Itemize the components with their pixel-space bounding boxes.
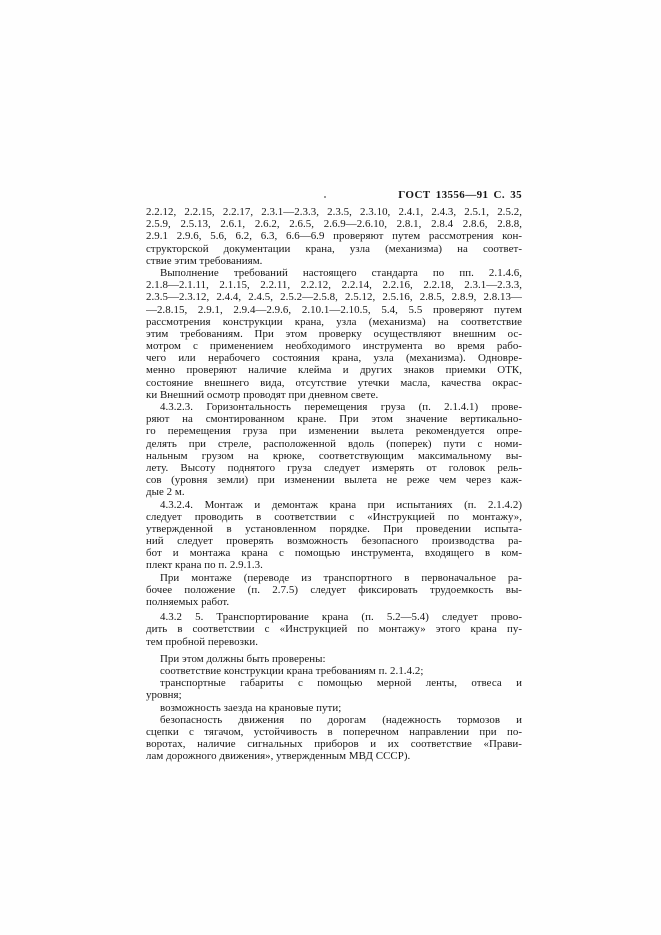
paragraph: возможность заезда на крановые пути; — [146, 702, 522, 714]
text-line: полняемых работ. — [146, 596, 522, 608]
text-line: 4.3.2.4. Монтаж и демонтаж крана при исп… — [146, 499, 522, 511]
text-line: При монтаже (переводе из транспортного в… — [146, 572, 522, 584]
paragraph: При монтаже (переводе из транспортного в… — [146, 572, 522, 609]
paragraph: 4.3.2.4. Монтаж и демонтаж крана при исп… — [146, 499, 522, 572]
text-line: 4.3.2 5. Транспортирование крана (п. 5.2… — [146, 611, 522, 623]
text-line: ряют на смонтированном кране. При этом з… — [146, 413, 522, 425]
text-line: Выполнение требований настоящего стандар… — [146, 267, 522, 279]
text-line: рассмотрения конструкции крана, узла (ме… — [146, 316, 522, 328]
paragraph: 2.2.12, 2.2.15, 2.2.17, 2.3.1—2.3.3, 2.3… — [146, 206, 522, 267]
text-line: 2.3.5—2.3.12, 2.4.4, 2.4.5, 2.5.2—2.5.8,… — [146, 291, 522, 303]
page-header: ГОСТ 13556—91 С. 35 — [146, 189, 522, 201]
text-line: 2.5.9, 2.5.13, 2.6.1, 2.6.2, 2.6.5, 2.6.… — [146, 218, 522, 230]
text-line: плект крана по п. 2.9.1.3. — [146, 559, 522, 571]
text-line: воротах, наличие сигнальных приборов и и… — [146, 738, 522, 750]
text-line: чего или нерабочего состояния крана, узл… — [146, 352, 522, 364]
text-line: 2.1.8—2.1.11, 2.1.15, 2.2.11, 2.2.12, 2.… — [146, 279, 522, 291]
text-line: 4.3.2.3. Горизонтальность перемещения гр… — [146, 401, 522, 413]
paragraph: При этом должны быть проверены: — [146, 653, 522, 665]
text-line: следует проводить в соответствии с «Инст… — [146, 511, 522, 523]
text-line: уровня; — [146, 689, 522, 701]
text-line: менно проверяют наличие клейма и других … — [146, 364, 522, 376]
text-line: бочее положение (п. 2.7.5) следует фикси… — [146, 584, 522, 596]
text-line: дые 2 м. — [146, 486, 522, 498]
text-line: ний следует проверять возможность безопа… — [146, 535, 522, 547]
text-line: го перемещения груза при изменении вылет… — [146, 425, 522, 437]
text-line: бот и монтажа крана с помощью инструмент… — [146, 547, 522, 559]
text-line: сцепки с тягачом, устойчивость в попереч… — [146, 726, 522, 738]
text-line: нальным грузом на крюке, соответствующим… — [146, 450, 522, 462]
text-line: делять при стреле, расположенной вдоль (… — [146, 438, 522, 450]
paragraph: транспортные габариты с помощью мерной л… — [146, 677, 522, 701]
text-line: 2.2.12, 2.2.15, 2.2.17, 2.3.1—2.3.3, 2.3… — [146, 206, 522, 218]
text-line: сов (уровня земли) при изменении вылета … — [146, 474, 522, 486]
text-line: лам дорожного движения», утвержденным МВ… — [146, 750, 522, 762]
text-line: структорской документации крана, узла (м… — [146, 243, 522, 255]
text-line: этим требованиям. При этом проверку осущ… — [146, 328, 522, 340]
text-line: безопасность движения по дорогам (надежн… — [146, 714, 522, 726]
paragraph: соответствие конструкции крана требовани… — [146, 665, 522, 677]
text-line: дить в соответствии с «Инструкцией по мо… — [146, 623, 522, 635]
text-line: тем пробной перевозки. — [146, 636, 522, 648]
text-line: —2.8.15, 2.9.1, 2.9.4—2.9.6, 2.10.1—2.10… — [146, 304, 522, 316]
text-line: состояние внешнего вида, отсутствие утеч… — [146, 377, 522, 389]
paragraph: 4.3.2.3. Горизонтальность перемещения гр… — [146, 401, 522, 499]
text-line: соответствие конструкции крана требовани… — [146, 665, 522, 677]
text-line: возможность заезда на крановые пути; — [146, 702, 522, 714]
text-line: При этом должны быть проверены: — [146, 653, 522, 665]
text-line: мотром с применением необходимого инстру… — [146, 340, 522, 352]
paragraph: безопасность движения по дорогам (надежн… — [146, 714, 522, 763]
scanned-document-page: ГОСТ 13556—91 С. 35 2.2.12, 2.2.15, 2.2.… — [0, 0, 661, 935]
text-line: 2.9.1 2.9.6, 5.6, 6.2, 6.3, 6.6—6.9 пров… — [146, 230, 522, 242]
paragraph: 4.3.2 5. Транспортирование крана (п. 5.2… — [146, 611, 522, 648]
scan-artifact-dot — [324, 196, 326, 198]
text-line: транспортные габариты с помощью мерной л… — [146, 677, 522, 689]
text-line: лету. Высоту поднятого груза следует изм… — [146, 462, 522, 474]
text-line: утвержденной в установленном порядке. Пр… — [146, 523, 522, 535]
text-line: ки Внешний осмотр проводят при дневном с… — [146, 389, 522, 401]
text-line: ствие этим требованиям. — [146, 255, 522, 267]
document-body: 2.2.12, 2.2.15, 2.2.17, 2.3.1—2.3.3, 2.3… — [146, 206, 522, 762]
paragraph: Выполнение требований настоящего стандар… — [146, 267, 522, 401]
